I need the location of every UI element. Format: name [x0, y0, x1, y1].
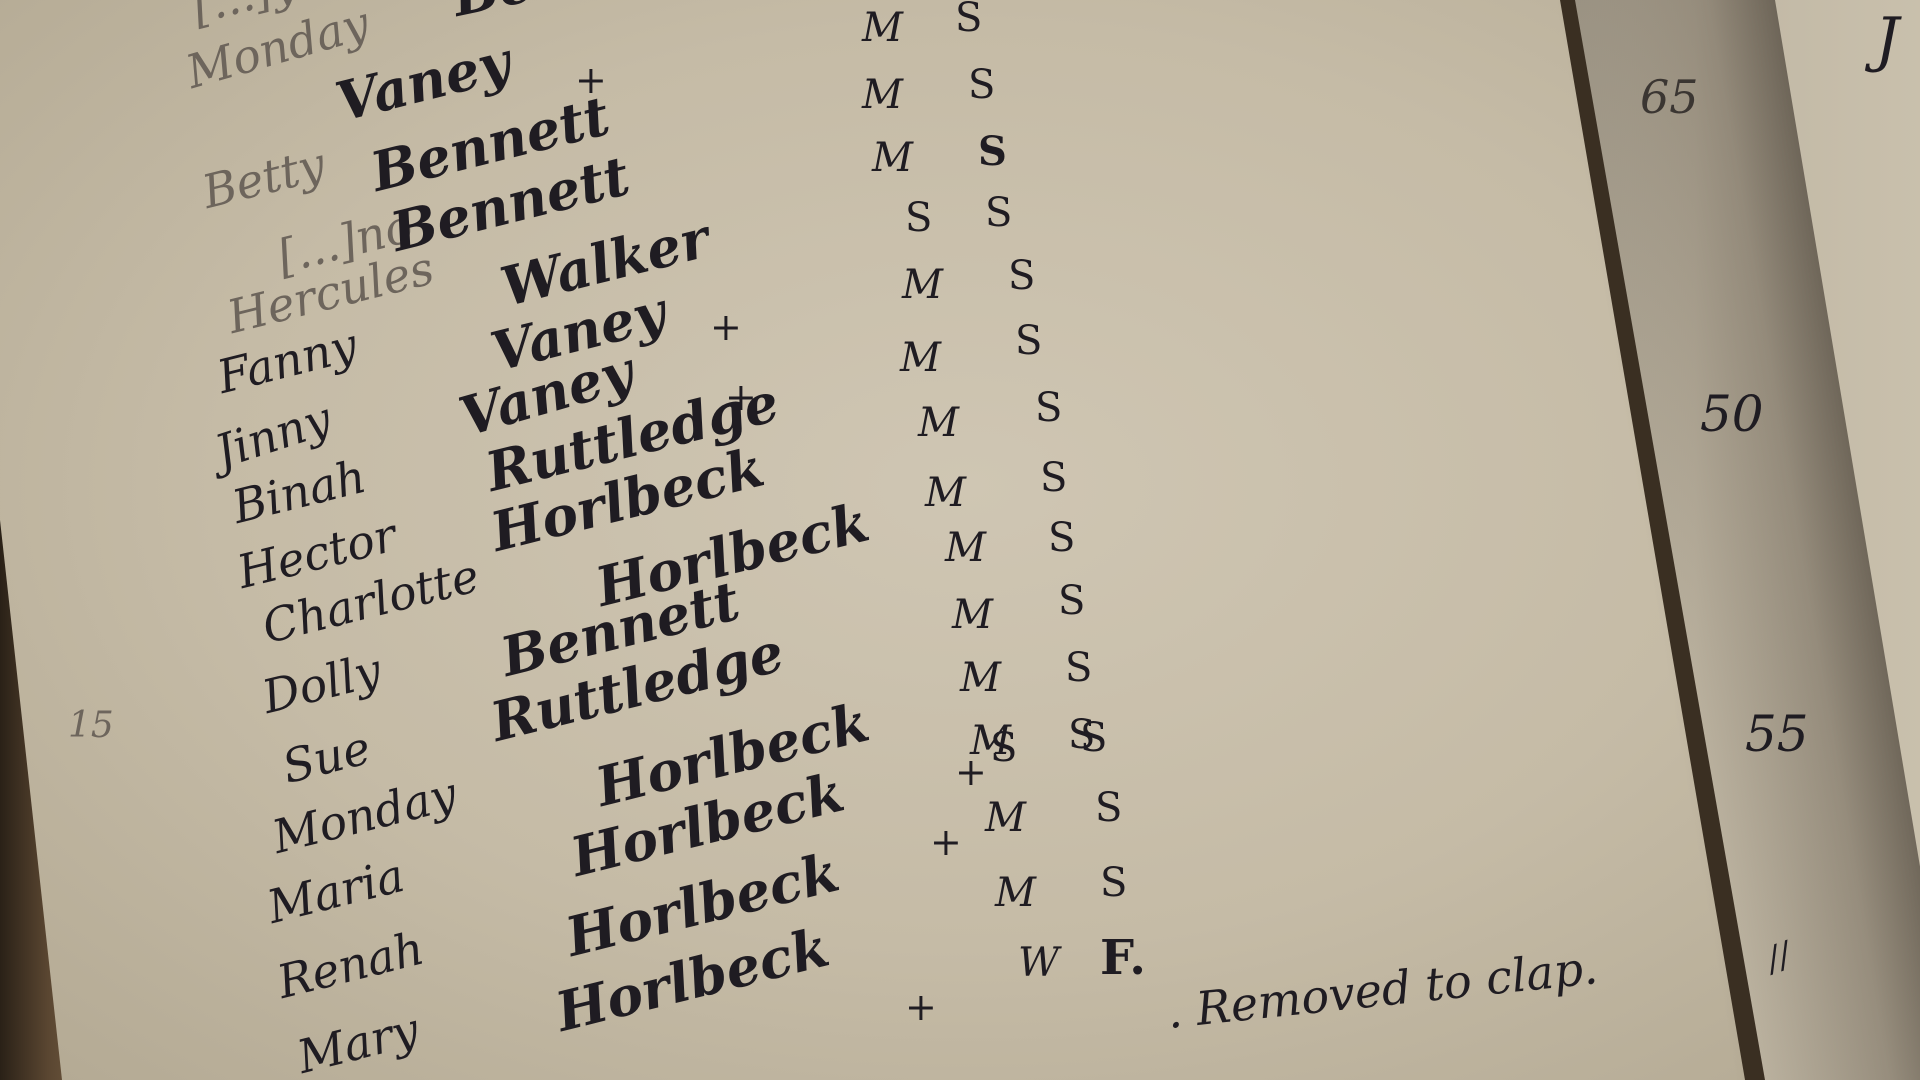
cross-mark: +: [710, 305, 742, 349]
status-column-2: S: [955, 0, 982, 41]
status-column-2: S: [1008, 253, 1035, 299]
status-column-1: M: [862, 5, 903, 51]
status-column-2: S: [1080, 715, 1107, 761]
cross-mark: +: [955, 750, 987, 794]
right-margin-number-bottom: 55: [1745, 705, 1809, 763]
status-column-1: M: [945, 525, 986, 571]
status-column-1: M: [960, 655, 1001, 701]
left-margin-number: 15: [68, 705, 114, 746]
status-column-2: S: [1015, 318, 1042, 364]
cross-mark: +: [905, 985, 937, 1029]
status-column-1: M: [952, 592, 993, 638]
status-column-1: M: [902, 262, 943, 308]
status-column-1: S: [905, 195, 932, 241]
status-column-2: S: [1065, 645, 1092, 691]
status-column-2: S: [978, 128, 1007, 175]
status-column-1: M: [872, 135, 913, 181]
right-page-cropped-text: J: [1875, 5, 1899, 75]
status-column-2: S: [1058, 578, 1085, 624]
status-column-2: S: [1095, 785, 1122, 831]
status-column-1: M: [995, 870, 1036, 916]
status-column-2: S: [1048, 515, 1075, 561]
status-column-2: F.: [1100, 930, 1146, 986]
status-column-2: S: [1040, 455, 1067, 501]
status-column-1: M: [985, 795, 1026, 841]
status-column-1: M: [862, 72, 903, 118]
right-margin-number-middle: 50: [1700, 385, 1764, 443]
status-column-1: S: [990, 725, 1017, 771]
status-column-2: S: [985, 190, 1012, 236]
status-column-2: S: [1035, 385, 1062, 431]
status-column-2: S: [1100, 860, 1127, 906]
right-margin-number-top: 65: [1640, 70, 1699, 124]
status-column-1: M: [925, 470, 966, 516]
cross-mark: +: [930, 820, 962, 864]
status-column-1: M: [918, 400, 959, 446]
status-column-1: M: [900, 335, 941, 381]
status-column-2: S: [968, 62, 995, 108]
status-column-1: W: [1018, 940, 1059, 986]
